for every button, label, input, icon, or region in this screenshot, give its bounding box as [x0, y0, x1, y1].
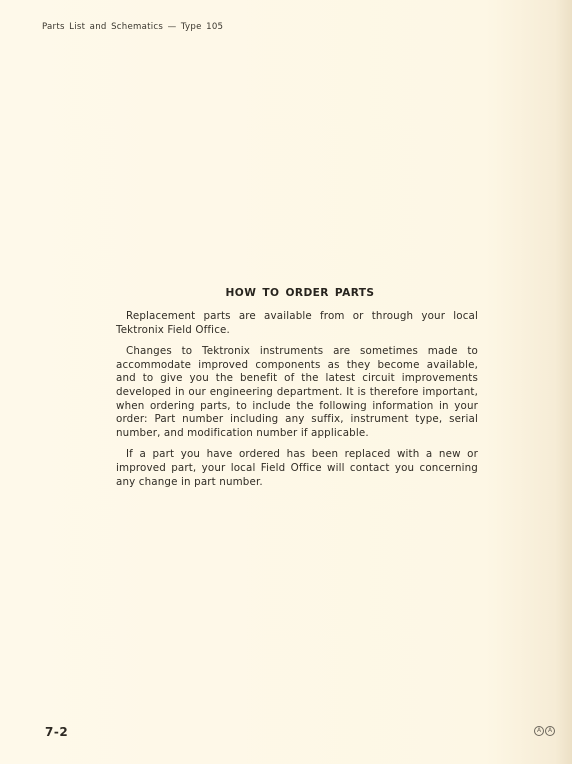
paragraph-availability: Replacement parts are available from or … — [116, 310, 478, 337]
running-head: Parts List and Schematics — Type 105 — [42, 22, 223, 32]
section-body: Replacement parts are available from or … — [116, 310, 478, 497]
section-title: HOW TO ORDER PARTS — [0, 287, 572, 299]
circled-a-logo-icon: A A — [534, 726, 555, 736]
paragraph-replacement: If a part you have ordered has been repl… — [116, 448, 478, 489]
paragraph-ordering-info: Changes to Tektronix instruments are som… — [116, 345, 478, 440]
document-page: Parts List and Schematics — Type 105 HOW… — [0, 0, 572, 764]
page-number: 7-2 — [45, 725, 68, 739]
circled-a-icon: A — [545, 726, 555, 736]
circled-a-icon: A — [534, 726, 544, 736]
